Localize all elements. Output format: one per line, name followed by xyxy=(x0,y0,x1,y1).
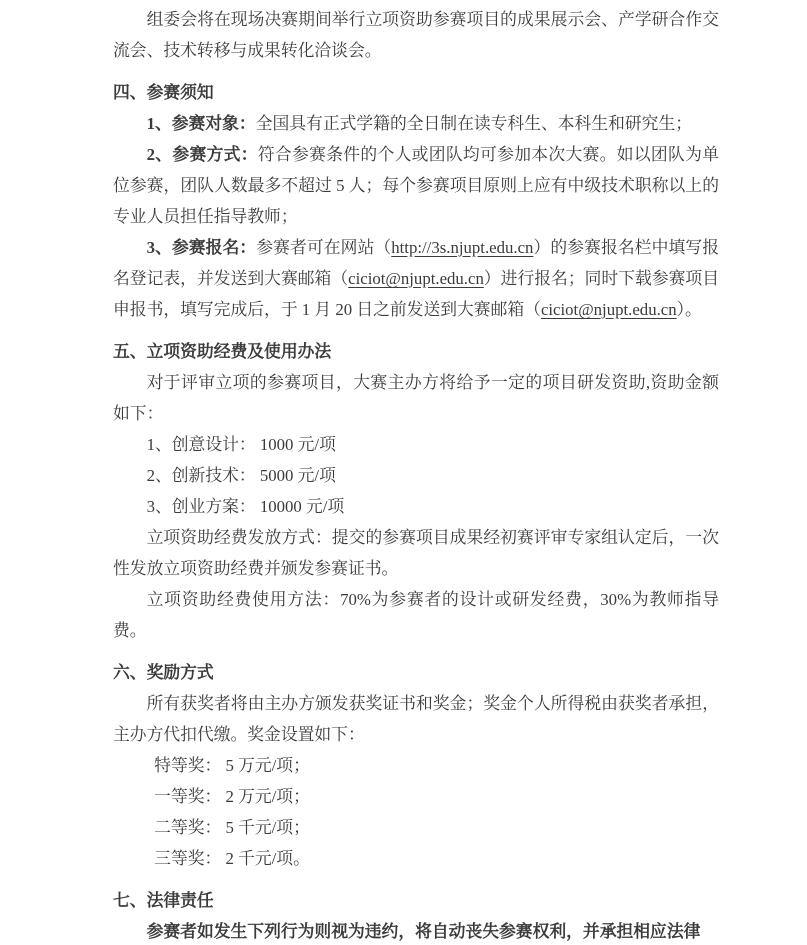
section5-heading: 五、立项资助经费及使用办法 xyxy=(113,336,719,367)
funding-usage-paragraph: 立项资助经费使用方法：70%为参赛者的设计或研发经费，30%为教师指导费。 xyxy=(113,584,719,646)
section4-heading: 四、参赛须知 xyxy=(113,77,719,108)
funding-item-innovation-tech: 2、创新技术： 5000 元/项 xyxy=(113,460,719,491)
funding-distribution-paragraph: 立项资助经费发放方式：提交的参赛项目成果经初赛评审专家组认定后，一次性发放立项资… xyxy=(113,522,719,584)
award-third-prize: 三等奖： 2 千元/项。 xyxy=(113,843,719,874)
legal-liability-paragraph: 参赛者如发生下列行为则视为违约，将自动丧失参赛权利，并承担相应法律 xyxy=(113,916,719,945)
registration-text-4: ）。 xyxy=(677,300,702,319)
funding-item-startup-plan: 3、创业方案： 10000 元/项 xyxy=(113,491,719,522)
entry-method-label: 2、参赛方式： xyxy=(147,145,258,164)
registration-text-1: 参赛者可在网站（ xyxy=(256,238,391,257)
award-second-prize: 二等奖： 5 千元/项； xyxy=(113,812,719,843)
entry-eligibility-label: 1、参赛对象： xyxy=(147,114,256,133)
entry-eligibility-item: 1、参赛对象：全国具有正式学籍的全日制在读专科生、本科生和研究生； xyxy=(113,108,719,139)
intro-paragraph: 组委会将在现场决赛期间举行立项资助参赛项目的成果展示会、产学研合作交流会、技术转… xyxy=(113,4,719,66)
section7-heading: 七、法律责任 xyxy=(113,885,719,916)
competition-website-link[interactable]: http://3s.njupt.edu.cn xyxy=(391,238,533,257)
funding-intro-paragraph: 对于评审立项的参赛项目，大赛主办方将给予一定的项目研发资助,资助金额如下： xyxy=(113,367,719,429)
entry-eligibility-text: 全国具有正式学籍的全日制在读专科生、本科生和研究生； xyxy=(256,114,692,133)
registration-label: 3、参赛报名： xyxy=(147,238,257,257)
document-page: 组委会将在现场决赛期间举行立项资助参赛项目的成果展示会、产学研合作交流会、技术转… xyxy=(0,0,807,945)
award-first-prize: 一等奖： 2 万元/项； xyxy=(113,781,719,812)
entry-method-item: 2、参赛方式：符合参赛条件的个人或团队均可参加本次大赛。如以团队为单位参赛，团队… xyxy=(113,139,719,232)
competition-email-link[interactable]: ciciot@njupt.edu.cn xyxy=(348,269,484,288)
funding-item-creative-design: 1、创意设计： 1000 元/项 xyxy=(113,429,719,460)
awards-intro-paragraph: 所有获奖者将由主办方颁发获奖证书和奖金；奖金个人所得税由获奖者承担，主办方代扣代… xyxy=(113,688,719,750)
award-special-prize: 特等奖： 5 万元/项； xyxy=(113,750,719,781)
registration-item: 3、参赛报名：参赛者可在网站（http://3s.njupt.edu.cn）的参… xyxy=(113,232,719,325)
competition-email-link-2[interactable]: ciciot@njupt.edu.cn xyxy=(541,300,677,319)
section6-heading: 六、奖励方式 xyxy=(113,657,719,688)
